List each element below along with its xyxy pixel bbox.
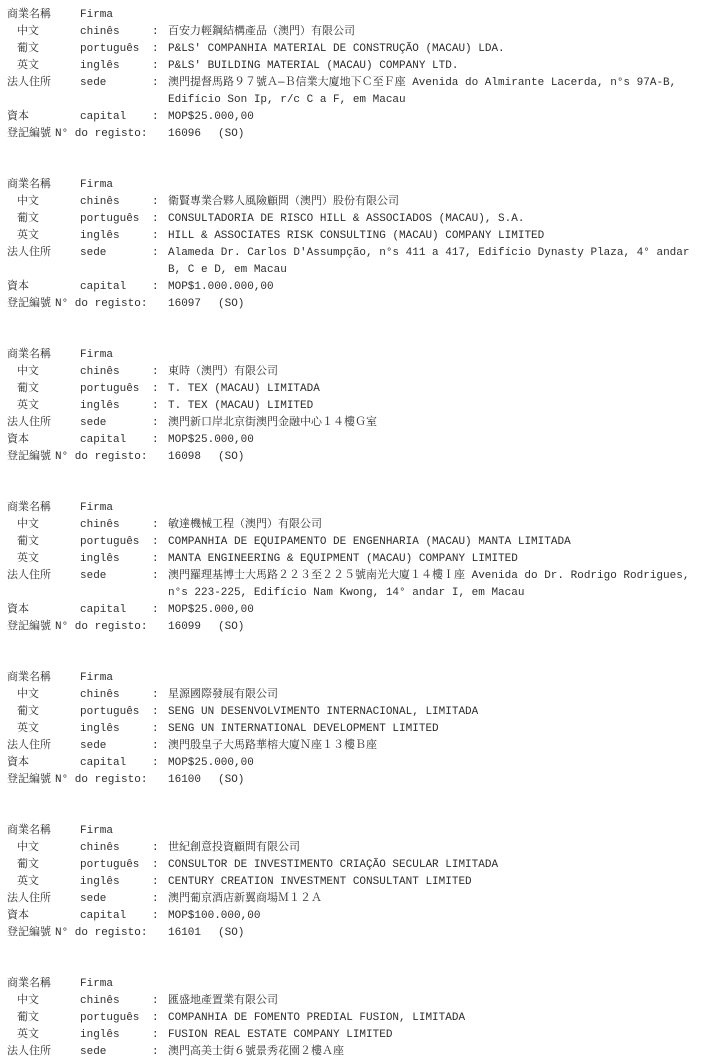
capital-value: MOP$25.000,00 bbox=[168, 109, 707, 126]
firma-label-zh: 商業名稱 bbox=[7, 670, 80, 687]
firma-label-pt: Firma bbox=[80, 500, 152, 517]
english-label-zh: 英文 bbox=[7, 551, 80, 568]
english-name-value: HILL & ASSOCIATES RISK CONSULTING (MACAU… bbox=[168, 228, 707, 245]
capital-value: MOP$100.000,00 bbox=[168, 908, 707, 925]
capital-label-pt: capital bbox=[80, 432, 152, 449]
portuguese-name-value: COMPANHIA DE EQUIPAMENTO DE ENGENHARIA (… bbox=[168, 534, 707, 551]
chinese-label-zh: 中文 bbox=[7, 687, 80, 704]
english-name-row: 英文 inglês : CENTURY CREATION INVESTMENT … bbox=[7, 874, 707, 891]
colon-separator: : bbox=[152, 381, 168, 398]
capital-value: MOP$1.000.000,00 bbox=[168, 279, 707, 296]
sede-label-pt: sede bbox=[80, 75, 152, 92]
registered-office-value: 澳門殷皇子大馬路華榕大廈Ｎ座１３樓Ｂ座 bbox=[168, 738, 707, 755]
capital-label-zh: 資本 bbox=[7, 432, 80, 449]
firma-row: 商業名稱 Firma bbox=[7, 177, 707, 194]
chinese-label-zh: 中文 bbox=[7, 194, 80, 211]
portuguese-name-value: P&LS' COMPANHIA MATERIAL DE CONSTRUÇÃO (… bbox=[168, 41, 707, 58]
colon-separator: : bbox=[152, 279, 168, 296]
portuguese-label-zh: 葡文 bbox=[7, 1010, 80, 1027]
portuguese-name-value: SENG UN DESENVOLVIMENTO INTERNACIONAL, L… bbox=[168, 704, 707, 721]
registered-office-value: Alameda Dr. Carlos D'Assumpção, n°s 411 … bbox=[168, 245, 707, 279]
registo-row: 登記編號 N° do registo: 16099 (SO) bbox=[7, 619, 707, 636]
chinese-name-row: 中文 chinês : 敏達機械工程（澳門）有限公司 bbox=[7, 517, 707, 534]
capital-value: MOP$25.000,00 bbox=[168, 602, 707, 619]
english-name-value: SENG UN INTERNATIONAL DEVELOPMENT LIMITE… bbox=[168, 721, 707, 738]
capital-label-pt: capital bbox=[80, 602, 152, 619]
registered-office-row: 法人住所 sede : 澳門提督馬路９７號Ａ—Ｂ信業大廈地下Ｃ至Ｆ座 Aveni… bbox=[7, 75, 707, 109]
registered-office-value: 澳門高美士街６號景秀花園２樓Ａ座 bbox=[168, 1044, 707, 1057]
chinese-label-pt: chinês bbox=[80, 24, 152, 41]
registered-office-value: 澳門提督馬路９７號Ａ—Ｂ信業大廈地下Ｃ至Ｆ座 Avenida do Almira… bbox=[168, 75, 707, 109]
registo-label-pt: N° do registo: bbox=[55, 126, 168, 143]
registered-office-value: 澳門新口岸北京街澳門金融中心１４樓Ｇ室 bbox=[168, 415, 707, 432]
sede-label-zh: 法人住所 bbox=[7, 738, 80, 755]
english-name-value: CENTURY CREATION INVESTMENT CONSULTANT L… bbox=[168, 874, 707, 891]
registo-label-zh: 登記編號 bbox=[7, 619, 55, 636]
chinese-name-value: 百安力輕鋼結構產品（澳門）有限公司 bbox=[168, 24, 707, 41]
chinese-name-row: 中文 chinês : 匯盛地產置業有限公司 bbox=[7, 993, 707, 1010]
colon-separator: : bbox=[152, 891, 168, 908]
sede-label-pt: sede bbox=[80, 415, 152, 432]
portuguese-label-pt: português bbox=[80, 41, 152, 58]
colon-separator: : bbox=[152, 432, 168, 449]
registered-office-value: 澳門葡京酒店新翼商場Ｍ１２Ａ bbox=[168, 891, 707, 908]
portuguese-label-zh: 葡文 bbox=[7, 211, 80, 228]
portuguese-label-zh: 葡文 bbox=[7, 381, 80, 398]
colon-separator: : bbox=[152, 211, 168, 228]
firma-label-pt: Firma bbox=[80, 823, 152, 840]
registo-number-value: 16097 bbox=[168, 296, 218, 313]
registo-label-pt: N° do registo: bbox=[55, 772, 168, 789]
firma-label-zh: 商業名稱 bbox=[7, 976, 80, 993]
registo-number-value: 16101 bbox=[168, 925, 218, 942]
registo-label-zh: 登記編號 bbox=[7, 925, 55, 942]
portuguese-name-value: T. TEX (MACAU) LIMITADA bbox=[168, 381, 707, 398]
portuguese-name-row: 葡文 português : CONSULTOR DE INVESTIMENTO… bbox=[7, 857, 707, 874]
capital-value: MOP$25.000,00 bbox=[168, 755, 707, 772]
english-label-zh: 英文 bbox=[7, 874, 80, 891]
colon-separator: : bbox=[152, 551, 168, 568]
registo-suffix: (SO) bbox=[218, 449, 244, 466]
portuguese-label-zh: 葡文 bbox=[7, 704, 80, 721]
company-entry: 商業名稱 Firma 中文 chinês : 敏達機械工程（澳門）有限公司 葡文… bbox=[7, 500, 707, 636]
chinese-label-pt: chinês bbox=[80, 840, 152, 857]
chinese-label-pt: chinês bbox=[80, 517, 152, 534]
colon-separator: : bbox=[152, 1044, 168, 1057]
sede-label-zh: 法人住所 bbox=[7, 245, 80, 262]
chinese-name-value: 匯盛地產置業有限公司 bbox=[168, 993, 707, 1010]
chinese-label-zh: 中文 bbox=[7, 840, 80, 857]
registo-label-zh: 登記編號 bbox=[7, 772, 55, 789]
portuguese-label-pt: português bbox=[80, 211, 152, 228]
registo-row: 登記編號 N° do registo: 16098 (SO) bbox=[7, 449, 707, 466]
english-label-pt: inglês bbox=[80, 58, 152, 75]
firma-label-pt: Firma bbox=[80, 7, 152, 24]
capital-label-zh: 資本 bbox=[7, 602, 80, 619]
colon-separator: : bbox=[152, 908, 168, 925]
portuguese-label-pt: português bbox=[80, 381, 152, 398]
registo-row: 登記編號 N° do registo: 16101 (SO) bbox=[7, 925, 707, 942]
sede-label-pt: sede bbox=[80, 1044, 152, 1057]
registo-number-value: 16098 bbox=[168, 449, 218, 466]
portuguese-name-row: 葡文 português : SENG UN DESENVOLVIMENTO I… bbox=[7, 704, 707, 721]
english-label-pt: inglês bbox=[80, 398, 152, 415]
english-name-value: MANTA ENGINEERING & EQUIPMENT (MACAU) CO… bbox=[168, 551, 707, 568]
firma-label-zh: 商業名稱 bbox=[7, 500, 80, 517]
company-entry: 商業名稱 Firma 中文 chinês : 匯盛地產置業有限公司 葡文 por… bbox=[7, 976, 707, 1057]
colon-separator: : bbox=[152, 874, 168, 891]
portuguese-label-pt: português bbox=[80, 704, 152, 721]
chinese-name-row: 中文 chinês : 星源國際發展有限公司 bbox=[7, 687, 707, 704]
chinese-name-row: 中文 chinês : 衛賢專業合夥人風險顧問（澳門）股份有限公司 bbox=[7, 194, 707, 211]
colon-separator: : bbox=[152, 41, 168, 58]
english-name-row: 英文 inglês : P&LS' BUILDING MATERIAL (MAC… bbox=[7, 58, 707, 75]
registo-suffix: (SO) bbox=[218, 126, 244, 143]
sede-label-zh: 法人住所 bbox=[7, 415, 80, 432]
chinese-label-pt: chinês bbox=[80, 194, 152, 211]
sede-label-pt: sede bbox=[80, 891, 152, 908]
registered-office-value: 澳門羅理基博士大馬路２２３至２２５號南光大廈１４樓Ｉ座 Avenida do D… bbox=[168, 568, 707, 602]
colon-separator: : bbox=[152, 364, 168, 381]
english-name-value: T. TEX (MACAU) LIMITED bbox=[168, 398, 707, 415]
portuguese-name-row: 葡文 português : COMPANHIA DE EQUIPAMENTO … bbox=[7, 534, 707, 551]
registry-gazette-page: 商業名稱 Firma 中文 chinês : 百安力輕鋼結構產品（澳門）有限公司… bbox=[0, 0, 715, 1057]
registo-suffix: (SO) bbox=[218, 296, 244, 313]
colon-separator: : bbox=[152, 721, 168, 738]
english-label-pt: inglês bbox=[80, 1027, 152, 1044]
portuguese-label-pt: português bbox=[80, 1010, 152, 1027]
english-name-row: 英文 inglês : T. TEX (MACAU) LIMITED bbox=[7, 398, 707, 415]
chinese-name-value: 東時（澳門）有限公司 bbox=[168, 364, 707, 381]
colon-separator: : bbox=[152, 840, 168, 857]
chinese-label-zh: 中文 bbox=[7, 517, 80, 534]
chinese-name-value: 世紀創意投資顧問有限公司 bbox=[168, 840, 707, 857]
portuguese-name-value: CONSULTOR DE INVESTIMENTO CRIAÇÃO SECULA… bbox=[168, 857, 707, 874]
capital-value: MOP$25.000,00 bbox=[168, 432, 707, 449]
chinese-name-row: 中文 chinês : 百安力輕鋼結構產品（澳門）有限公司 bbox=[7, 24, 707, 41]
english-name-row: 英文 inglês : HILL & ASSOCIATES RISK CONSU… bbox=[7, 228, 707, 245]
sede-label-zh: 法人住所 bbox=[7, 75, 80, 92]
colon-separator: : bbox=[152, 398, 168, 415]
colon-separator: : bbox=[152, 109, 168, 126]
capital-label-zh: 資本 bbox=[7, 109, 80, 126]
colon-separator: : bbox=[152, 58, 168, 75]
capital-label-pt: capital bbox=[80, 908, 152, 925]
colon-separator: : bbox=[152, 1010, 168, 1027]
colon-separator: : bbox=[152, 857, 168, 874]
chinese-label-pt: chinês bbox=[80, 364, 152, 381]
portuguese-name-value: CONSULTADORIA DE RISCO HILL & ASSOCIADOS… bbox=[168, 211, 707, 228]
chinese-label-pt: chinês bbox=[80, 993, 152, 1010]
firma-row: 商業名稱 Firma bbox=[7, 976, 707, 993]
firma-label-pt: Firma bbox=[80, 670, 152, 687]
firma-label-zh: 商業名稱 bbox=[7, 7, 80, 24]
colon-separator: : bbox=[152, 415, 168, 432]
english-label-zh: 英文 bbox=[7, 58, 80, 75]
english-label-pt: inglês bbox=[80, 721, 152, 738]
registo-suffix: (SO) bbox=[218, 925, 244, 942]
colon-separator: : bbox=[152, 517, 168, 534]
firma-label-zh: 商業名稱 bbox=[7, 823, 80, 840]
capital-row: 資本 capital : MOP$100.000,00 bbox=[7, 908, 707, 925]
registo-number-value: 16100 bbox=[168, 772, 218, 789]
registered-office-row: 法人住所 sede : Alameda Dr. Carlos D'Assumpç… bbox=[7, 245, 707, 279]
registo-label-zh: 登記編號 bbox=[7, 449, 55, 466]
registo-row: 登記編號 N° do registo: 16100 (SO) bbox=[7, 772, 707, 789]
registo-suffix: (SO) bbox=[218, 772, 244, 789]
sede-label-zh: 法人住所 bbox=[7, 568, 80, 585]
sede-label-pt: sede bbox=[80, 738, 152, 755]
colon-separator: : bbox=[152, 245, 168, 262]
english-label-pt: inglês bbox=[80, 874, 152, 891]
registered-office-row: 法人住所 sede : 澳門葡京酒店新翼商場Ｍ１２Ａ bbox=[7, 891, 707, 908]
portuguese-label-zh: 葡文 bbox=[7, 857, 80, 874]
english-label-zh: 英文 bbox=[7, 1027, 80, 1044]
firma-label-pt: Firma bbox=[80, 177, 152, 194]
portuguese-label-zh: 葡文 bbox=[7, 41, 80, 58]
registo-suffix: (SO) bbox=[218, 619, 244, 636]
english-label-zh: 英文 bbox=[7, 398, 80, 415]
chinese-label-zh: 中文 bbox=[7, 993, 80, 1010]
firma-row: 商業名稱 Firma bbox=[7, 7, 707, 24]
firma-row: 商業名稱 Firma bbox=[7, 670, 707, 687]
capital-label-zh: 資本 bbox=[7, 755, 80, 772]
english-label-pt: inglês bbox=[80, 228, 152, 245]
colon-separator: : bbox=[152, 704, 168, 721]
chinese-label-pt: chinês bbox=[80, 687, 152, 704]
firma-label-zh: 商業名稱 bbox=[7, 347, 80, 364]
portuguese-label-pt: português bbox=[80, 534, 152, 551]
colon-separator: : bbox=[152, 75, 168, 92]
chinese-label-zh: 中文 bbox=[7, 24, 80, 41]
capital-row: 資本 capital : MOP$1.000.000,00 bbox=[7, 279, 707, 296]
firma-label-pt: Firma bbox=[80, 976, 152, 993]
sede-label-pt: sede bbox=[80, 245, 152, 262]
portuguese-name-row: 葡文 português : P&LS' COMPANHIA MATERIAL … bbox=[7, 41, 707, 58]
capital-row: 資本 capital : MOP$25.000,00 bbox=[7, 109, 707, 126]
chinese-name-row: 中文 chinês : 東時（澳門）有限公司 bbox=[7, 364, 707, 381]
registo-label-pt: N° do registo: bbox=[55, 925, 168, 942]
english-name-row: 英文 inglês : FUSION REAL ESTATE COMPANY L… bbox=[7, 1027, 707, 1044]
registo-row: 登記編號 N° do registo: 16097 (SO) bbox=[7, 296, 707, 313]
capital-label-pt: capital bbox=[80, 109, 152, 126]
portuguese-name-row: 葡文 português : T. TEX (MACAU) LIMITADA bbox=[7, 381, 707, 398]
registo-label-zh: 登記編號 bbox=[7, 126, 55, 143]
registo-label-pt: N° do registo: bbox=[55, 449, 168, 466]
colon-separator: : bbox=[152, 602, 168, 619]
colon-separator: : bbox=[152, 738, 168, 755]
company-entry: 商業名稱 Firma 中文 chinês : 東時（澳門）有限公司 葡文 por… bbox=[7, 347, 707, 466]
colon-separator: : bbox=[152, 568, 168, 585]
capital-label-pt: capital bbox=[80, 279, 152, 296]
portuguese-name-row: 葡文 português : CONSULTADORIA DE RISCO HI… bbox=[7, 211, 707, 228]
capital-row: 資本 capital : MOP$25.000,00 bbox=[7, 755, 707, 772]
english-name-row: 英文 inglês : MANTA ENGINEERING & EQUIPMEN… bbox=[7, 551, 707, 568]
capital-label-zh: 資本 bbox=[7, 279, 80, 296]
portuguese-name-value: COMPANHIA DE FOMENTO PREDIAL FUSION, LIM… bbox=[168, 1010, 707, 1027]
portuguese-name-row: 葡文 português : COMPANHIA DE FOMENTO PRED… bbox=[7, 1010, 707, 1027]
registo-label-pt: N° do registo: bbox=[55, 296, 168, 313]
sede-label-zh: 法人住所 bbox=[7, 1044, 80, 1057]
capital-label-zh: 資本 bbox=[7, 908, 80, 925]
english-label-zh: 英文 bbox=[7, 228, 80, 245]
portuguese-label-pt: português bbox=[80, 857, 152, 874]
colon-separator: : bbox=[152, 24, 168, 41]
colon-separator: : bbox=[152, 687, 168, 704]
firma-row: 商業名稱 Firma bbox=[7, 347, 707, 364]
company-entry: 商業名稱 Firma 中文 chinês : 衛賢專業合夥人風險顧問（澳門）股份… bbox=[7, 177, 707, 313]
sede-label-zh: 法人住所 bbox=[7, 891, 80, 908]
firma-row: 商業名稱 Firma bbox=[7, 500, 707, 517]
english-name-row: 英文 inglês : SENG UN INTERNATIONAL DEVELO… bbox=[7, 721, 707, 738]
colon-separator: : bbox=[152, 993, 168, 1010]
capital-label-pt: capital bbox=[80, 755, 152, 772]
chinese-name-value: 星源國際發展有限公司 bbox=[168, 687, 707, 704]
colon-separator: : bbox=[152, 194, 168, 211]
registered-office-row: 法人住所 sede : 澳門羅理基博士大馬路２２３至２２５號南光大廈１４樓Ｉ座 … bbox=[7, 568, 707, 602]
registo-number-value: 16099 bbox=[168, 619, 218, 636]
sede-label-pt: sede bbox=[80, 568, 152, 585]
registo-label-pt: N° do registo: bbox=[55, 619, 168, 636]
colon-separator: : bbox=[152, 755, 168, 772]
english-label-zh: 英文 bbox=[7, 721, 80, 738]
firma-label-zh: 商業名稱 bbox=[7, 177, 80, 194]
portuguese-label-zh: 葡文 bbox=[7, 534, 80, 551]
chinese-name-value: 敏達機械工程（澳門）有限公司 bbox=[168, 517, 707, 534]
english-name-value: FUSION REAL ESTATE COMPANY LIMITED bbox=[168, 1027, 707, 1044]
company-entry: 商業名稱 Firma 中文 chinês : 星源國際發展有限公司 葡文 por… bbox=[7, 670, 707, 789]
firma-label-pt: Firma bbox=[80, 347, 152, 364]
company-entry: 商業名稱 Firma 中文 chinês : 百安力輕鋼結構產品（澳門）有限公司… bbox=[7, 7, 707, 143]
registered-office-row: 法人住所 sede : 澳門新口岸北京街澳門金融中心１４樓Ｇ室 bbox=[7, 415, 707, 432]
chinese-name-row: 中文 chinês : 世紀創意投資顧問有限公司 bbox=[7, 840, 707, 857]
registo-row: 登記編號 N° do registo: 16096 (SO) bbox=[7, 126, 707, 143]
registo-number-value: 16096 bbox=[168, 126, 218, 143]
colon-separator: : bbox=[152, 228, 168, 245]
company-entries-list: 商業名稱 Firma 中文 chinês : 百安力輕鋼結構產品（澳門）有限公司… bbox=[7, 7, 707, 1057]
english-label-pt: inglês bbox=[80, 551, 152, 568]
english-name-value: P&LS' BUILDING MATERIAL (MACAU) COMPANY … bbox=[168, 58, 707, 75]
colon-separator: : bbox=[152, 1027, 168, 1044]
registo-label-zh: 登記編號 bbox=[7, 296, 55, 313]
chinese-name-value: 衛賢專業合夥人風險顧問（澳門）股份有限公司 bbox=[168, 194, 707, 211]
firma-row: 商業名稱 Firma bbox=[7, 823, 707, 840]
registered-office-row: 法人住所 sede : 澳門高美士街６號景秀花園２樓Ａ座 bbox=[7, 1044, 707, 1057]
colon-separator: : bbox=[152, 534, 168, 551]
company-entry: 商業名稱 Firma 中文 chinês : 世紀創意投資顧問有限公司 葡文 p… bbox=[7, 823, 707, 942]
chinese-label-zh: 中文 bbox=[7, 364, 80, 381]
registered-office-row: 法人住所 sede : 澳門殷皇子大馬路華榕大廈Ｎ座１３樓Ｂ座 bbox=[7, 738, 707, 755]
capital-row: 資本 capital : MOP$25.000,00 bbox=[7, 602, 707, 619]
capital-row: 資本 capital : MOP$25.000,00 bbox=[7, 432, 707, 449]
